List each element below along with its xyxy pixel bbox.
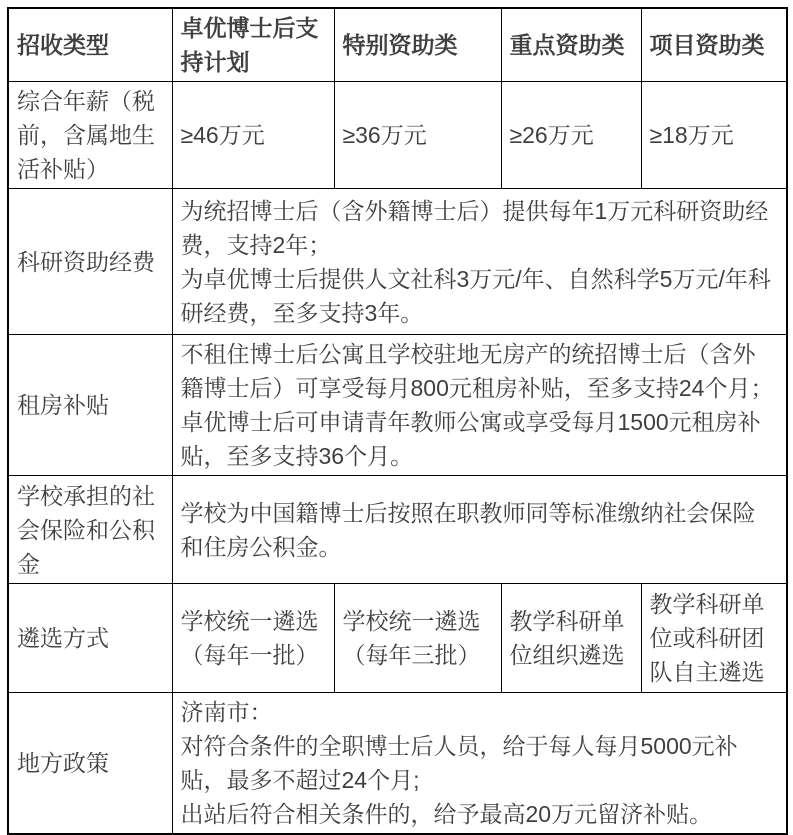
local-policy-content: 济南市： 对符合条件的全职博士后人员，给于每人每月5000元补贴，最多不超过24… <box>172 693 787 835</box>
row-label-selection-method: 遴选方式 <box>8 584 172 693</box>
table-row-annual-salary: 综合年薪（税前，含属地生活补贴） ≥46万元 ≥36万元 ≥26万元 ≥18万元 <box>8 82 787 189</box>
selection-value-key: 教学科研单位组织遴选 <box>501 584 641 693</box>
header-cell-special-funding: 特别资助类 <box>334 8 501 82</box>
header-cell-project-funding: 项目资助类 <box>641 8 787 82</box>
row-label-social-insurance: 学校承担的社会保险和公积金 <box>8 476 172 584</box>
social-insurance-content: 学校为中国籍博士后按照在职教师同等标准缴纳社会保险和住房公积金。 <box>172 476 787 584</box>
selection-value-project: 教学科研单位或科研团队自主遴选 <box>641 584 787 693</box>
table-header-row: 招收类型 卓优博士后支持计划 特别资助类 重点资助类 项目资助类 <box>8 8 787 82</box>
table-row-selection-method: 遴选方式 学校统一遴选（每年一批） 学校统一遴选（每年三批） 教学科研单位组织遴… <box>8 584 787 693</box>
selection-value-special: 学校统一遴选（每年三批） <box>334 584 501 693</box>
postdoc-benefits-table: 招收类型 卓优博士后支持计划 特别资助类 重点资助类 项目资助类 综合年薪（税前… <box>7 7 788 835</box>
salary-value-project: ≥18万元 <box>641 82 787 189</box>
header-cell-key-funding: 重点资助类 <box>501 8 641 82</box>
header-cell-recruit-type: 招收类型 <box>8 8 172 82</box>
table-row-local-policy: 地方政策 济南市： 对符合条件的全职博士后人员，给于每人每月5000元补贴，最多… <box>8 693 787 835</box>
row-label-housing-subsidy: 租房补贴 <box>8 335 172 476</box>
row-label-research-funding: 科研资助经费 <box>8 189 172 335</box>
salary-value-special: ≥36万元 <box>334 82 501 189</box>
row-label-annual-salary: 综合年薪（税前，含属地生活补贴） <box>8 82 172 189</box>
housing-subsidy-content: 不租住博士后公寓且学校驻地无房产的统招博士后（含外籍博士后）可享受每月800元租… <box>172 335 787 476</box>
table-row-housing-subsidy: 租房补贴 不租住博士后公寓且学校驻地无房产的统招博士后（含外籍博士后）可享受每月… <box>8 335 787 476</box>
table-row-research-funding: 科研资助经费 为统招博士后（含外籍博士后）提供每年1万元科研资助经费，支持2年；… <box>8 189 787 335</box>
row-label-local-policy: 地方政策 <box>8 693 172 835</box>
salary-value-zhuoyou: ≥46万元 <box>172 82 334 189</box>
research-funding-content: 为统招博士后（含外籍博士后）提供每年1万元科研资助经费，支持2年； 为卓优博士后… <box>172 189 787 335</box>
table-row-social-insurance: 学校承担的社会保险和公积金 学校为中国籍博士后按照在职教师同等标准缴纳社会保险和… <box>8 476 787 584</box>
salary-value-key: ≥26万元 <box>501 82 641 189</box>
header-cell-zhuoyou-plan: 卓优博士后支持计划 <box>172 8 334 82</box>
selection-value-zhuoyou: 学校统一遴选（每年一批） <box>172 584 334 693</box>
